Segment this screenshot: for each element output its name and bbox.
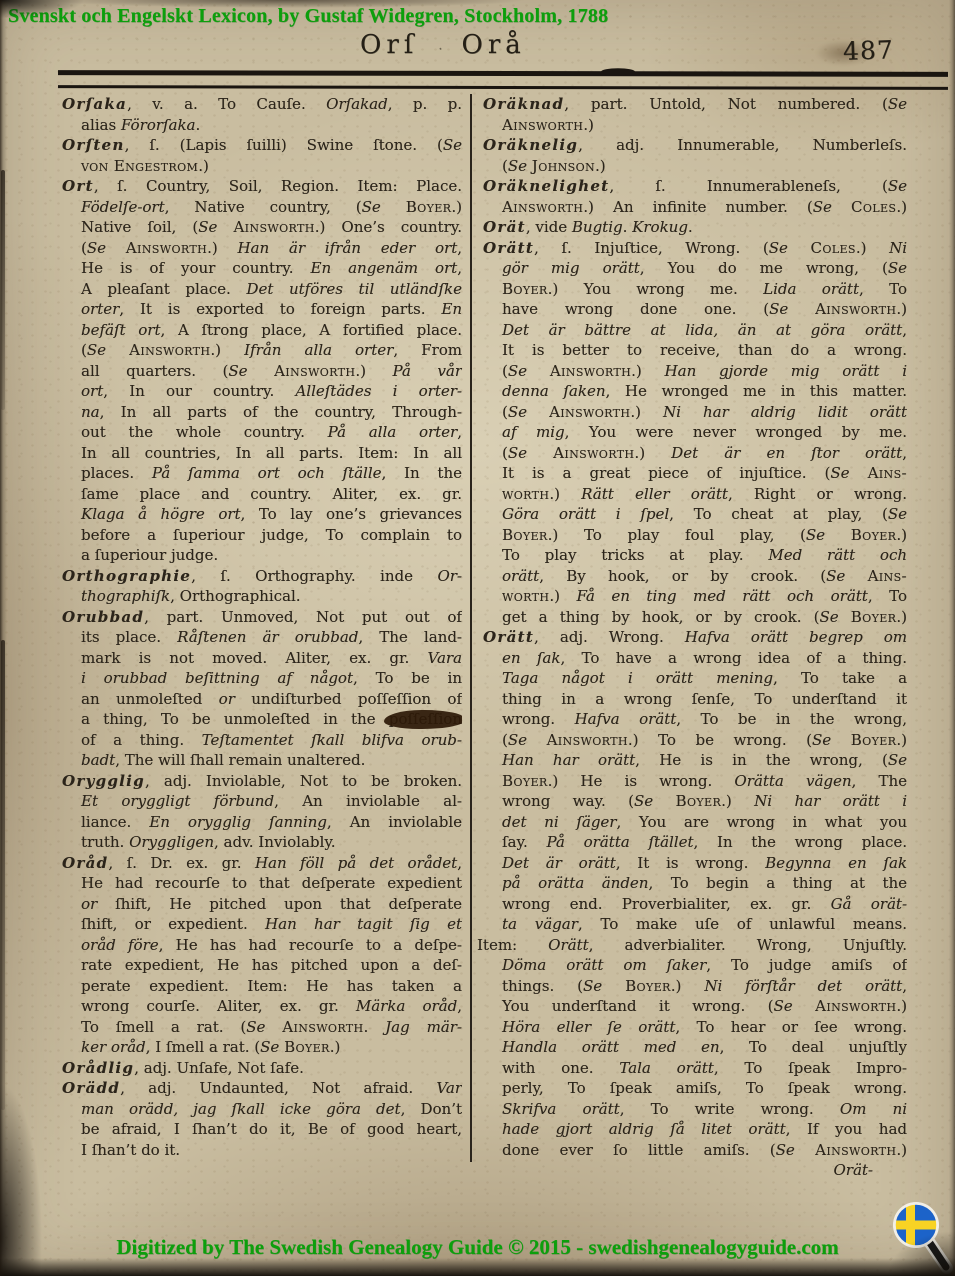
text-segment: Orätt xyxy=(548,936,588,954)
lexicon-line: (Se Ainsworth.) To be wrong. (Se Boyer.) xyxy=(483,730,907,751)
text-segment: Se xyxy=(813,198,832,216)
text-segment: Se xyxy=(583,977,602,995)
lexicon-line: wrong way. (Se Boyer.) Ni har orätt i xyxy=(483,791,907,812)
text-segment: Se xyxy=(806,526,825,544)
text-segment: Bugtig xyxy=(572,218,623,236)
lexicon-line: Oräknelighet, ſ. Innumerableneſs, (Se xyxy=(483,176,907,197)
text-segment: or xyxy=(219,690,235,708)
text-segment: Se xyxy=(812,731,831,749)
text-segment: Se xyxy=(508,157,527,175)
lexicon-line: done ever ſo little amiſs. (Se Ainsworth… xyxy=(483,1140,907,1161)
text-segment: af mig xyxy=(502,423,565,441)
digitization-credit-bottom: Digitized by The Swedish Genealogy Guide… xyxy=(0,1235,955,1260)
text-segment: Få en ting med rätt och orätt xyxy=(577,587,868,605)
lexicon-line: (Se Johnson.) xyxy=(483,156,907,177)
text-segment: Or- xyxy=(437,567,462,585)
lexicon-line: Det är bättre at lida, än at göra orätt, xyxy=(483,320,907,341)
text-segment: Coles xyxy=(810,239,855,257)
text-segment: Ainsworth xyxy=(129,341,210,359)
text-segment: Ni har orätt i xyxy=(754,792,907,810)
lexicon-line: oråd före, He has had recourſe to a deſp… xyxy=(62,935,462,956)
text-segment: Alleſtädes i orter- xyxy=(295,382,462,400)
text-segment: Om ni xyxy=(840,1100,907,1118)
lexicon-line: Boyer.) To play foul play, (Se Boyer.) xyxy=(483,525,907,546)
lexicon-line: truth. Oryggligen, adv. Inviolably. xyxy=(62,832,462,853)
swedish-flag-magnifier-icon xyxy=(890,1200,954,1274)
lexicon-line: Orätt, adj. Wrong. Hafva orätt begrep om xyxy=(483,627,907,648)
text-segment: Det är orätt xyxy=(502,854,616,872)
text-segment: Ainsworth xyxy=(274,362,355,380)
text-segment: Det är bättre at lida, än at göra orätt xyxy=(502,321,902,339)
lexicon-line: Ainsworth.) xyxy=(483,115,907,136)
lexicon-line: Döma orätt om ſaker, To judge amiſs of xyxy=(483,955,907,976)
text-segment: Ainsworth xyxy=(547,731,628,749)
text-segment: Boyer xyxy=(851,608,897,626)
text-segment: Han föll på det orådet xyxy=(255,854,457,872)
text-segment: man orädd, jag ſkall icke göra det xyxy=(81,1100,401,1118)
text-segment: Ni förſtår det orätt xyxy=(704,977,902,995)
text-segment: Ainsworth xyxy=(553,444,634,462)
lexicon-line: a ſuperiour judge. xyxy=(62,545,462,566)
text-segment: Boyer xyxy=(502,772,548,790)
lexicon-line: a thing, To be unmoleſted in the poſſeſſ… xyxy=(62,709,462,730)
text-segment: Se xyxy=(776,1141,795,1159)
text-segment: Se xyxy=(769,300,788,318)
lexicon-line: out the whole country. På alla orter, xyxy=(62,422,462,443)
text-segment: Ort xyxy=(62,177,94,195)
text-segment: Oräknelig xyxy=(483,136,578,154)
text-segment: oråd före xyxy=(81,936,159,954)
lexicon-line: thing in a wrong ſenſe, To underſtand it xyxy=(483,689,907,710)
text-segment: Orubbad xyxy=(62,608,144,626)
text-segment: Se xyxy=(774,997,793,1015)
lexicon-line: det ni ſäger, You are wrong in what you xyxy=(483,812,907,833)
text-segment: Orygglig xyxy=(62,772,145,790)
lexicon-line: all quarters. (Se Ainsworth.) På vår xyxy=(62,361,462,382)
lexicon-line: perate expedient. Item: He has taken a xyxy=(62,976,462,997)
text-segment: Teſtamentet ſkall blifva orub- xyxy=(202,731,462,749)
text-segment: Orſakad xyxy=(326,95,388,113)
lexicon-line: Item: Orätt, adverbialiter. Wrong, Unjuſ… xyxy=(477,935,907,956)
header-rule xyxy=(58,70,948,90)
text-segment: Orſaka xyxy=(62,95,127,113)
lexicon-line: liance. En orygglig ſanning, An inviolab… xyxy=(62,812,462,833)
text-segment: Se xyxy=(888,95,907,113)
right-column: Oräknad, part. Untold, Not numbered. (Se… xyxy=(483,94,907,1181)
text-segment: i orubbad beſittning af något xyxy=(81,669,353,687)
lexicon-line: Orſaka, v. a. To Cauſe. Orſakad, p. p. xyxy=(62,94,462,115)
lexicon-line: perly, To ſpeak amiſs, To ſpeak wrong. xyxy=(483,1078,907,1099)
lexicon-line: Det är orätt, It is wrong. Begynna en ſa… xyxy=(483,853,907,874)
text-segment: Se xyxy=(508,362,527,380)
text-segment: Med rätt och xyxy=(768,546,907,564)
text-segment: Orſten xyxy=(62,136,125,154)
text-segment: Se xyxy=(508,731,527,749)
text-segment: Se xyxy=(634,792,653,810)
text-segment: Han har orätt xyxy=(502,751,635,769)
lexicon-line: ſhift, or expedient. Han har tagit ſig e… xyxy=(62,914,462,935)
text-segment: Ainsworth xyxy=(126,239,207,257)
lexicon-line: Orubbad, part. Unmoved, Not put out of xyxy=(62,607,462,628)
text-segment: Se xyxy=(443,136,462,154)
text-segment: På vår xyxy=(393,362,462,380)
running-title-right: Orå xyxy=(462,30,526,60)
lexicon-line: ta vägar, To make uſe of unlawful means. xyxy=(483,914,907,935)
lexicon-line: wrong courſe. Aliter, ex. gr. Märka oråd… xyxy=(62,996,462,1017)
scan-edge-mark xyxy=(1,170,5,410)
scanned-page: Svenskt och Engelskt Lexicon, by Gustaf … xyxy=(0,0,955,1276)
text-segment: Ains- xyxy=(868,464,907,482)
text-segment: Se xyxy=(228,362,247,380)
lexicon-line: Skrifva orätt, To write wrong. Om ni xyxy=(483,1099,907,1120)
lexicon-line: Boyer.) He is wrong. Orätta vägen, The xyxy=(483,771,907,792)
text-segment: Se xyxy=(87,341,106,359)
digitization-credit-top: Svenskt och Engelskt Lexicon, by Gustaf … xyxy=(8,5,608,28)
lexicon-line: an unmoleſted or undiſturbed poſſeſſion … xyxy=(62,689,462,710)
lexicon-line: i orubbad beſittning af något, To be in xyxy=(62,668,462,689)
text-segment: Jag mär- xyxy=(385,1018,462,1036)
lexicon-line: ſay. På orätta ſtället, In the wrong pla… xyxy=(483,832,907,853)
lexicon-line: ort, In our country. Alleſtädes i orter- xyxy=(62,381,462,402)
text-segment: Boyer xyxy=(502,280,548,298)
text-segment: Se xyxy=(819,608,838,626)
lexicon-line: på orätta änden, To begin a thing at the xyxy=(483,873,907,894)
lexicon-line: worth.) Få en ting med rätt och orätt, T… xyxy=(483,586,907,607)
text-segment: gör mig orätt xyxy=(502,259,640,277)
running-title: Orſ · Orå xyxy=(360,30,526,60)
text-segment: en ſak xyxy=(502,649,560,667)
lexicon-line: or ſhift, He pitched upon that deſperate xyxy=(62,894,462,915)
text-segment: En angenäm ort xyxy=(311,259,458,277)
text-segment: Det är en ſtor orätt xyxy=(671,444,902,462)
text-segment: Se xyxy=(769,239,788,257)
text-segment: Boyer xyxy=(851,731,897,749)
lexicon-line: Ort, ſ. Country, Soil, Region. Item: Pla… xyxy=(62,176,462,197)
text-segment: Se xyxy=(888,751,907,769)
text-segment: Orådlig xyxy=(62,1059,134,1077)
lexicon-line: hade gjort aldrig ſå litet orätt, If you… xyxy=(483,1119,907,1140)
text-segment: na xyxy=(81,403,100,421)
lexicon-line: Ainsworth.) An infinite number. (Se Cole… xyxy=(483,197,907,218)
text-segment: Ainsworth xyxy=(815,1141,896,1159)
text-segment: Boyer xyxy=(625,977,671,995)
lexicon-line: von Engestrom.) xyxy=(62,156,462,177)
lexicon-line: mark is not moved. Aliter, ex. gr. Vara xyxy=(62,648,462,669)
text-segment: Rätt eller orätt xyxy=(581,485,728,503)
text-segment: Begynna en ſak xyxy=(765,854,907,872)
running-title-separator: · xyxy=(438,42,447,57)
lexicon-line: Göra orätt i ſpel, To cheat at play, (Se xyxy=(483,504,907,525)
text-segment: Han har tagit ſig et xyxy=(265,915,462,933)
text-segment: Se xyxy=(198,218,217,236)
text-segment: orter xyxy=(81,300,119,318)
text-segment: Se xyxy=(888,505,907,523)
text-segment: Se xyxy=(830,464,849,482)
text-segment: Orädd xyxy=(62,1079,120,1097)
text-segment: Ains- xyxy=(868,567,907,585)
text-segment: Märka oråd xyxy=(356,997,457,1015)
lexicon-line: He is of your country. En angenäm ort, xyxy=(62,258,462,279)
text-segment: Hafva orätt xyxy=(575,710,677,728)
lexicon-line: You underſtand it wrong. (Se Ainsworth.) xyxy=(483,996,907,1017)
text-segment: Se xyxy=(508,403,527,421)
text-segment: Boyer xyxy=(502,526,548,544)
lexicon-line: Orädd, adj. Undaunted, Not afraid. Var xyxy=(62,1078,462,1099)
text-segment: Klaga å högre ort xyxy=(81,505,241,523)
lexicon-line: Oräknelig, adj. Innumerable, Numberleſs. xyxy=(483,135,907,156)
text-segment: hade gjort aldrig ſå litet orätt xyxy=(502,1120,786,1138)
lexicon-line: Orådlig, adj. Unſafe, Not ſafe. xyxy=(62,1058,462,1079)
column-divider-rule xyxy=(470,94,472,1162)
lexicon-line: Taga något i orätt mening, To take a xyxy=(483,668,907,689)
text-segment: Orätt xyxy=(483,239,534,257)
lexicon-line: He had recourſe to that deſperate expedi… xyxy=(62,873,462,894)
lexicon-line: (Se Ainsworth.) Ifrån alla orter, From xyxy=(62,340,462,361)
text-segment: Höra eller ſe orätt xyxy=(502,1018,675,1036)
lexicon-line: get a thing by hook, or by crook. (Se Bo… xyxy=(483,607,907,628)
lexicon-line: To ſmell a rat. (Se Ainsworth. Jag mär- xyxy=(62,1017,462,1038)
ink-blot: poſſeſſion xyxy=(389,710,462,728)
lexicon-line: badt, The will ſhall remain unaltered. xyxy=(62,750,462,771)
text-segment: Ainsworth xyxy=(550,362,631,380)
lexicon-line: denna ſaken, He wronged me in this matte… xyxy=(483,381,907,402)
lexicon-line: (Se Ainsworth.) Ni har aldrig lidit orät… xyxy=(483,402,907,423)
text-segment: Ainsworth xyxy=(502,116,583,134)
text-segment: von Engestrom xyxy=(81,157,198,175)
text-segment: Tala orätt xyxy=(619,1059,714,1077)
lexicon-line: Orthographie, ſ. Orthography. inde Or- xyxy=(62,566,462,587)
text-segment: or xyxy=(81,895,97,913)
lexicon-line: ker oråd, I ſmell a rat. (Se Boyer.) xyxy=(62,1037,462,1058)
lexicon-line: Oråd, ſ. Dr. ex. gr. Han föll på det orå… xyxy=(62,853,462,874)
lexicon-line: Orät, vide Bugtig. Krokug. xyxy=(483,217,907,238)
text-segment: Orät xyxy=(483,218,526,236)
lexicon-line: wrong. Hafva orätt, To be in the wrong, xyxy=(483,709,907,730)
text-segment: ort xyxy=(81,382,103,400)
lexicon-line: with one. Tala orätt, To ſpeak Impro- xyxy=(483,1058,907,1079)
lexicon-line: alias Förorſaka. xyxy=(62,115,462,136)
text-segment: Råſtenen är orubbad xyxy=(177,628,358,646)
text-segment: Ainsworth xyxy=(502,198,583,216)
text-segment: Handla orätt med en xyxy=(502,1038,720,1056)
lexicon-line: things. (Se Boyer.) Ni förſtår det orätt… xyxy=(483,976,907,997)
text-segment: Orät- xyxy=(833,1161,873,1179)
text-segment: befäſt ort xyxy=(81,321,160,339)
text-segment: worth xyxy=(502,587,549,605)
lexicon-line: before a ſuperiour judge, To complain to xyxy=(62,525,462,546)
text-segment: Födelſe-ort xyxy=(81,198,165,216)
text-segment: Se xyxy=(888,177,907,195)
text-segment: Han är ifrån eder ort xyxy=(237,239,457,257)
text-segment: Göra orätt i ſpel xyxy=(502,505,669,523)
lexicon-line: wrong end. Proverbialiter, ex. gr. Gå or… xyxy=(483,894,907,915)
lexicon-line: (Se Ainsworth.) Han är ifrån eder ort, xyxy=(62,238,462,259)
text-segment: Oräknelighet xyxy=(483,177,609,195)
text-segment: ker oråd xyxy=(81,1038,146,1056)
text-segment: Ainsworth xyxy=(815,997,896,1015)
text-segment: Se xyxy=(888,259,907,277)
lexicon-line: Orſten, ſ. (Lapis ſuilli) Swine ſtone. (… xyxy=(62,135,462,156)
page-number: 487 xyxy=(843,35,895,66)
lexicon-line: I ſhan’t do it. xyxy=(62,1140,462,1161)
lexicon-line: It is better to receive, than do a wrong… xyxy=(483,340,907,361)
lexicon-line: na, In all parts of the country, Through… xyxy=(62,402,462,423)
scan-edge-mark xyxy=(1,640,5,1110)
text-segment: Ainsworth xyxy=(282,1018,363,1036)
text-segment: Krokug xyxy=(632,218,688,236)
text-segment: Boyer xyxy=(676,792,722,810)
text-segment: Orätta vägen xyxy=(734,772,851,790)
text-segment: Oräknad xyxy=(483,95,564,113)
lexicon-line: In all countries, In all parts. Item: In… xyxy=(62,443,462,464)
text-segment: På alla orter xyxy=(328,423,458,441)
text-segment: Skrifva orätt xyxy=(502,1100,620,1118)
text-segment: badt xyxy=(81,751,115,769)
lexicon-line: Et oryggligt förbund, An inviolable al- xyxy=(62,791,462,812)
lexicon-line: befäſt ort, A ſtrong place, A fortified … xyxy=(62,320,462,341)
left-column: Orſaka, v. a. To Cauſe. Orſakad, p. p.al… xyxy=(62,94,462,1160)
text-segment: Boyer xyxy=(284,1038,330,1056)
running-title-left: Orſ xyxy=(360,30,418,60)
text-segment: Boyer xyxy=(851,526,897,544)
text-segment: På ſamma ort och ſtälle xyxy=(152,464,382,482)
text-segment: Johnson xyxy=(532,157,595,175)
lexicon-line: Oräknad, part. Untold, Not numbered. (Se xyxy=(483,94,907,115)
text-segment: Oryggligen xyxy=(129,833,214,851)
text-segment: Ifrån alla orter xyxy=(244,341,393,359)
lexicon-line: Boyer.) You wrong me. Lida orätt, To xyxy=(483,279,907,300)
text-segment: denna ſaken xyxy=(502,382,606,400)
lexicon-line: Han har orätt, He is in the wrong, (Se xyxy=(483,750,907,771)
text-segment: Se xyxy=(260,1038,279,1056)
lexicon-line: of a thing. Teſtamentet ſkall blifva oru… xyxy=(62,730,462,751)
lexicon-line: af mig, You were never wronged by me. xyxy=(483,422,907,443)
lexicon-line: It is a great piece of injuſtice. (Se Ai… xyxy=(483,463,907,484)
text-segment: Se xyxy=(362,198,381,216)
text-segment: Orthographie xyxy=(62,567,191,585)
text-segment: Se xyxy=(826,567,845,585)
lexicon-line: Födelſe-ort, Native country, (Se Boyer.) xyxy=(62,197,462,218)
text-segment: Vara xyxy=(427,649,462,667)
lexicon-line: thographiſk, Orthographical. xyxy=(62,586,462,607)
lexicon-line: (Se Ainsworth.) Det är en ſtor orätt, xyxy=(483,443,907,464)
lexicon-line: gör mig orätt, You do me wrong, (Se xyxy=(483,258,907,279)
text-segment: Orätt xyxy=(483,628,534,646)
text-segment: På orätta ſtället xyxy=(546,833,693,851)
text-segment: worth xyxy=(502,485,549,503)
lexicon-line: be afraid, I ſhan’t do it, Be of good he… xyxy=(62,1119,462,1140)
lexicon-line: Klaga å högre ort, To lay one’s grievanc… xyxy=(62,504,462,525)
text-segment: Se xyxy=(87,239,106,257)
text-segment: Döma orätt om ſaker xyxy=(502,956,706,974)
text-segment: En xyxy=(441,300,462,318)
lexicon-line: Orygglig, adj. Inviolable, Not to be bro… xyxy=(62,771,462,792)
text-segment: Taga något i orätt mening xyxy=(502,669,773,687)
text-segment: Var xyxy=(436,1079,462,1097)
lexicon-line: Handla orätt med en, To deal unjuſtly xyxy=(483,1037,907,1058)
lexicon-line: Höra eller ſe orätt, To hear or ſee wron… xyxy=(483,1017,907,1038)
text-segment: Boyer xyxy=(406,198,452,216)
text-segment: Ainsworth xyxy=(233,218,314,236)
text-segment: Förorſaka xyxy=(121,116,196,134)
lexicon-line: places. På ſamma ort och ſtälle, In the xyxy=(62,463,462,484)
text-segment: Et oryggligt förbund xyxy=(81,792,274,810)
text-segment: Han gjorde mig orätt i xyxy=(665,362,907,380)
text-segment: det ni ſäger xyxy=(502,813,616,831)
text-segment: Det utföres til utländſke xyxy=(246,280,462,298)
lexicon-line: ſame place and country. Aliter, ex. gr. xyxy=(62,484,462,505)
lexicon-line: Orät- xyxy=(483,1160,907,1181)
lexicon-line: its place. Råſtenen är orubbad, The land… xyxy=(62,627,462,648)
lexicon-line: en ſak, To have a wrong idea of a thing. xyxy=(483,648,907,669)
lexicon-line: Orätt, ſ. Injuſtice, Wrong. (Se Coles.) … xyxy=(483,238,907,259)
text-segment: Ainsworth xyxy=(815,300,896,318)
text-segment: Hafva orätt begrep om xyxy=(685,628,907,646)
lexicon-line: To play tricks at play. Med rätt och xyxy=(483,545,907,566)
text-segment: Gå orät- xyxy=(831,895,907,913)
text-segment: thographiſk xyxy=(81,587,170,605)
lexicon-line: rate expedient, He has pitched upon a de… xyxy=(62,955,462,976)
lexicon-line: (Se Ainsworth.) Han gjorde mig orätt i xyxy=(483,361,907,382)
lexicon-line: Native ſoil, (Se Ainsworth.) One’s count… xyxy=(62,217,462,238)
lexicon-line: man orädd, jag ſkall icke göra det, Don’… xyxy=(62,1099,462,1120)
lexicon-line: worth.) Rätt eller orätt, Right or wrong… xyxy=(483,484,907,505)
text-segment: Se xyxy=(508,444,527,462)
lexicon-line: A pleaſant place. Det utföres til utländ… xyxy=(62,279,462,300)
text-segment: Lida orätt xyxy=(763,280,859,298)
text-segment: Oråd xyxy=(62,854,108,872)
text-segment: ta vägar xyxy=(502,915,578,933)
text-segment: Ni har aldrig lidit orätt xyxy=(663,403,907,421)
lexicon-line: have wrong done one. (Se Ainsworth.) xyxy=(483,299,907,320)
text-segment: på orätta änden xyxy=(502,874,648,892)
text-segment: Ainsworth xyxy=(549,403,630,421)
text-segment: Coles xyxy=(851,198,896,216)
lexicon-line: orter, It is exported to foreign parts. … xyxy=(62,299,462,320)
lexicon-line: orätt, By hook, or by crook. (Se Ains- xyxy=(483,566,907,587)
text-segment: orätt xyxy=(502,567,539,585)
text-segment: Ni xyxy=(889,239,907,257)
text-segment: Se xyxy=(246,1018,265,1036)
text-segment: En orygglig ſanning xyxy=(149,813,327,831)
